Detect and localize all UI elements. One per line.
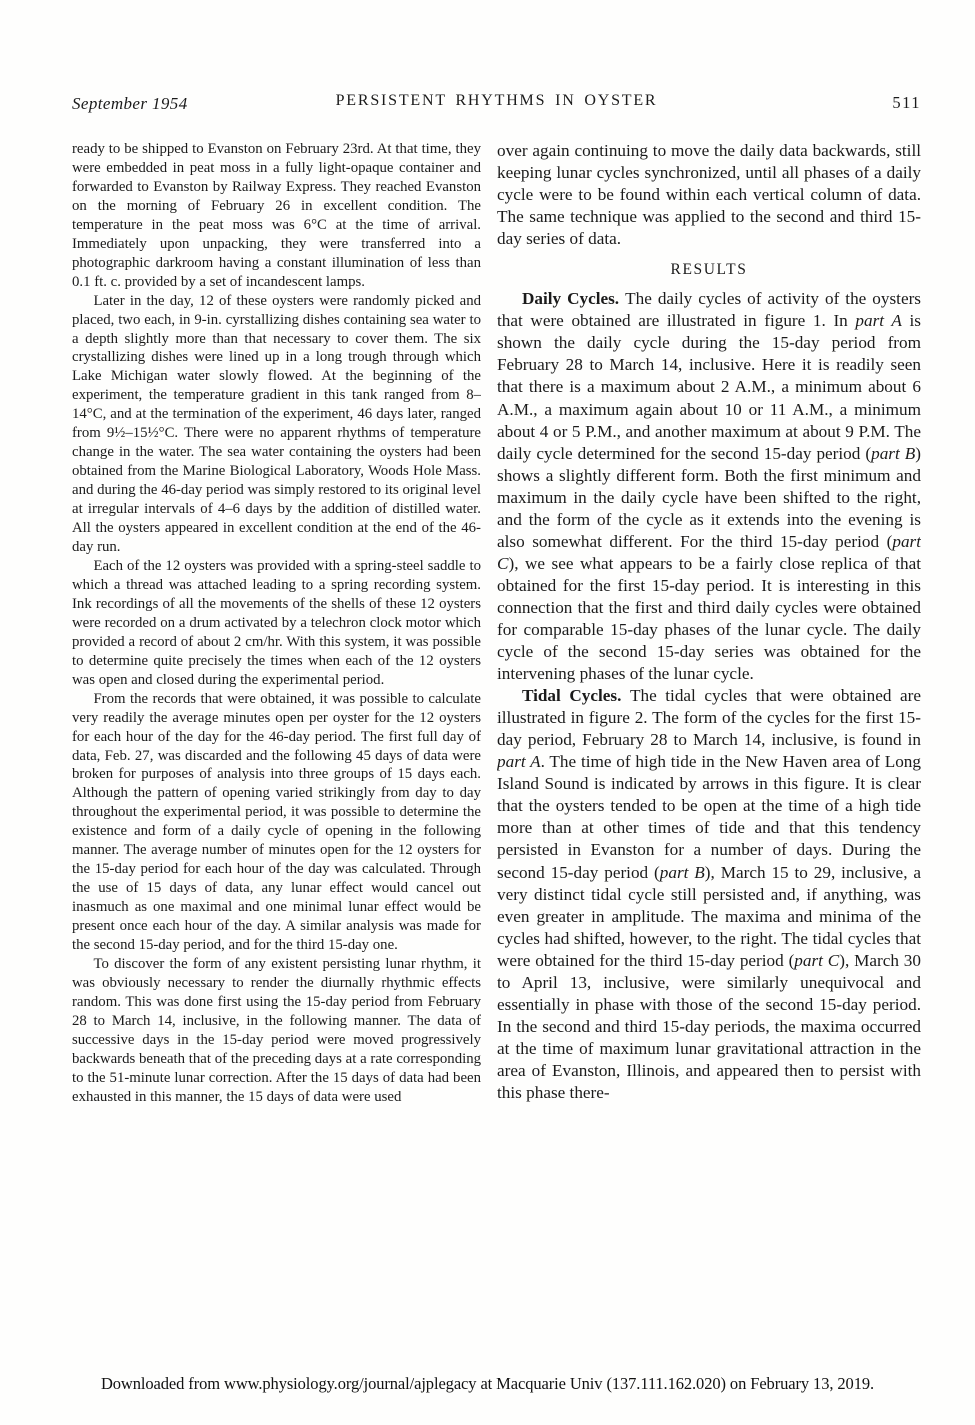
right-column: over again continuing to move the daily … [497, 140, 921, 1362]
page-number: 511 [892, 93, 921, 113]
left-column: ready to be shipped to Evanston on Febru… [72, 140, 481, 1362]
paragraph-continued: over again continuing to move the daily … [497, 140, 921, 250]
paragraph: Later in the day, 12 of these oysters we… [72, 292, 481, 557]
paragraph-daily-cycles: Daily Cycles. The daily cycles of activi… [497, 288, 921, 685]
download-provenance-text: Downloaded from www.physiology.org/journ… [101, 1374, 874, 1393]
results-heading: RESULTS [497, 259, 921, 281]
download-provenance-footer: Downloaded from www.physiology.org/journ… [0, 1374, 975, 1394]
paragraph-continued: ready to be shipped to Evanston on Febru… [72, 140, 481, 292]
paragraph: To discover the form of any existent per… [72, 955, 481, 1107]
page-header: September 1954 PERSISTENT RHYTHMS IN OYS… [72, 92, 921, 118]
paragraph: From the records that were obtained, it … [72, 690, 481, 955]
paragraph: Each of the 12 oysters was provided with… [72, 557, 481, 690]
journal-page: September 1954 PERSISTENT RHYTHMS IN OYS… [0, 0, 975, 1425]
running-title: PERSISTENT RHYTHMS IN OYSTER [72, 92, 921, 110]
two-column-body: ready to be shipped to Evanston on Febru… [72, 140, 921, 1362]
paragraph-tidal-cycles: Tidal Cycles. The tidal cycles that were… [497, 685, 921, 1104]
